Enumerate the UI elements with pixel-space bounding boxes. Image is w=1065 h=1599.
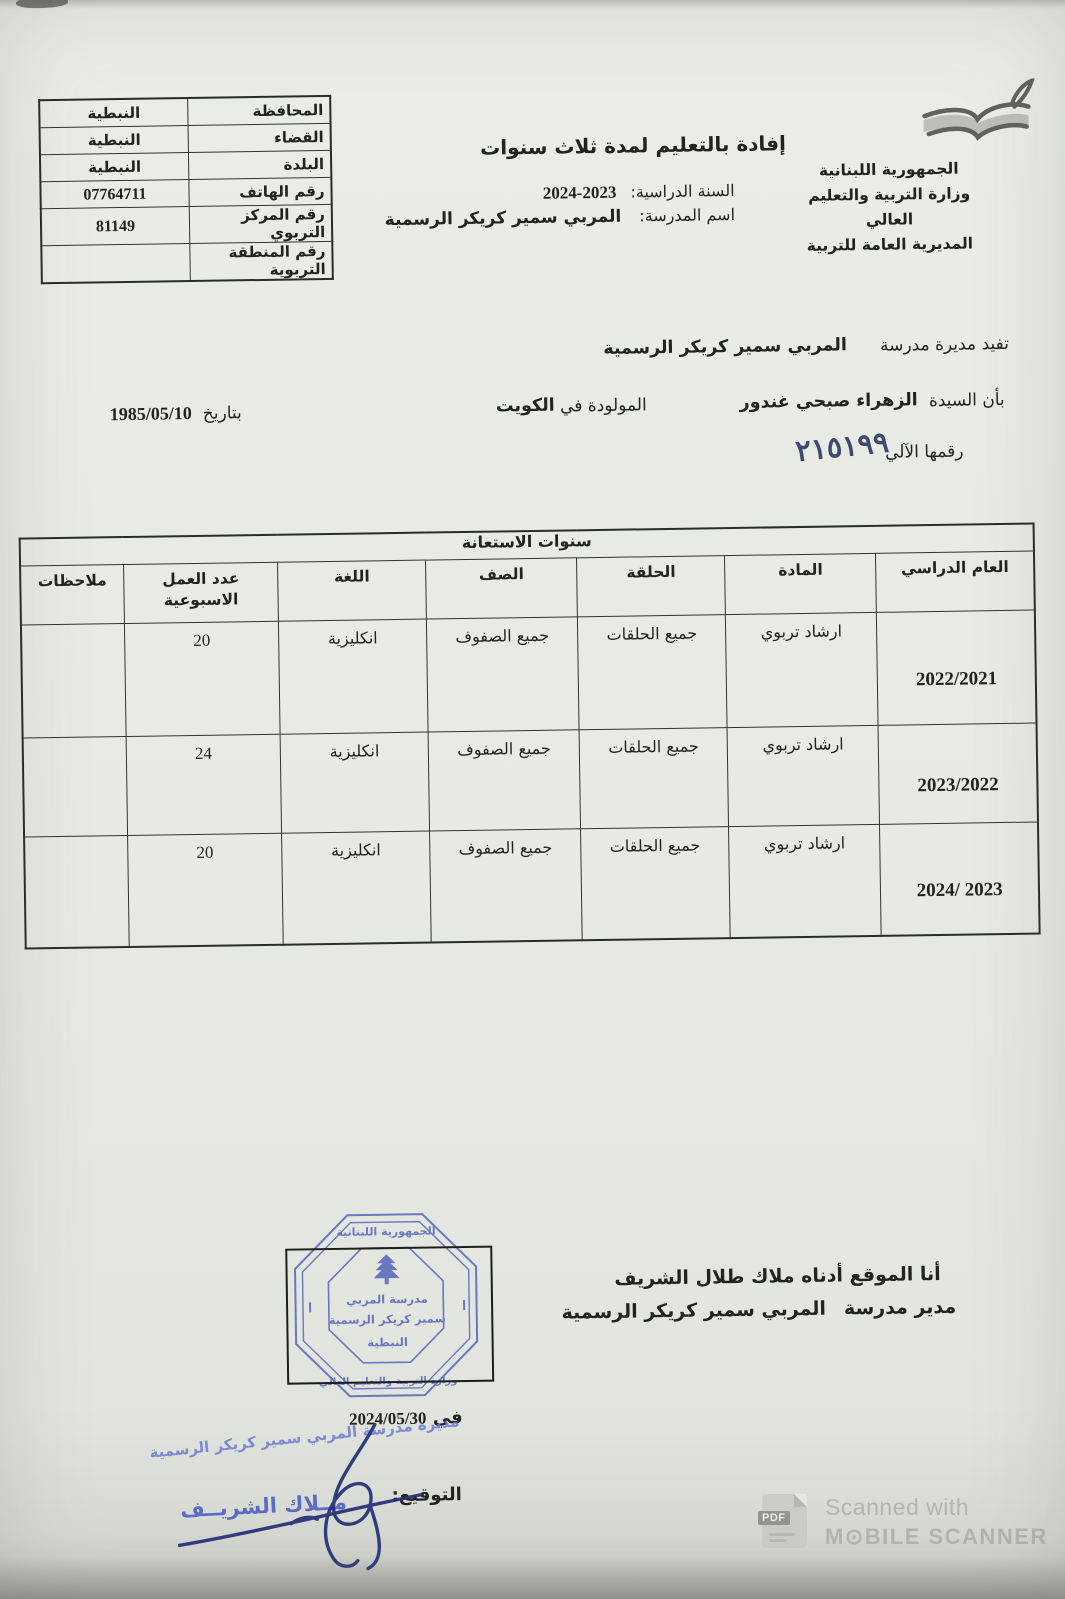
service-table-wrap: سنوات الاستعانة العام الدراسي المادة الح…: [19, 523, 1041, 950]
cell-hours: 20: [128, 833, 284, 947]
birth-date: 1985/05/10: [110, 403, 192, 425]
cell-language: انكليزية: [279, 619, 429, 734]
paper-sheet: المحافظة النبطية القضاء النبطية البلدة ا…: [0, 0, 1065, 1599]
school-year-label: السنة الدراسية:: [630, 181, 734, 202]
header-notes: ملاحظات: [20, 565, 124, 626]
cell-notes: [24, 836, 129, 949]
signature: [170, 1417, 447, 1576]
info-label-center-number: رقم المركز التربوي: [189, 204, 332, 243]
person-name: الزهراء صبحي غندور: [739, 390, 917, 413]
info-label-phone: رقم الهاتف: [189, 177, 332, 206]
document-title: إفادة بالتعليم لمدة ثلاث سنوات: [480, 131, 786, 160]
school-name-value: المربي سمير كريكر الرسمية: [385, 207, 622, 231]
info-value-center-number: 81149: [41, 207, 190, 246]
cell-grade: جميع الصفوف: [430, 829, 583, 943]
table-row: 2024/ 2023 ارشاد تربوي جميع الحلقات جميع…: [24, 822, 1040, 949]
cell-subject: ارشاد تربوي: [727, 725, 880, 826]
cell-hours: 20: [124, 621, 280, 736]
header-language: اللغة: [278, 560, 427, 621]
header-school-year: العام الدراسي: [876, 551, 1035, 612]
ministry-logo-icon: [915, 78, 1038, 154]
certify-label: تفيد مديرة مدرسة: [880, 334, 1009, 356]
cell-grade: جميع الصفوف: [427, 617, 580, 732]
header-cycle: الحلقة: [577, 556, 726, 617]
school-name-line: اسم المدرسة:المربي سمير كريكر الرسمية: [385, 205, 736, 230]
cell-notes: [23, 737, 128, 838]
cell-language: انكليزية: [282, 831, 432, 945]
scanned-document: المحافظة النبطية القضاء النبطية البلدة ا…: [0, 0, 1065, 1599]
directorate-line: المديرية العامة للتربية: [792, 231, 987, 259]
cell-cycle: جميع الحلقات: [581, 827, 731, 941]
auto-number-handwritten: ٢١٥١٩٩: [793, 425, 890, 469]
cell-grade: جميع الصفوف: [428, 730, 581, 831]
cell-cycle: جميع الحلقات: [578, 615, 728, 730]
info-label-town: البلدة: [188, 150, 331, 179]
info-row: البلدة النبطية: [40, 150, 331, 181]
cell-year: 2024/ 2023: [880, 822, 1040, 936]
pdf-badge: PDF: [758, 1511, 790, 1525]
stamp-frame-box: [285, 1246, 494, 1385]
info-value-town: النبطية: [40, 153, 189, 182]
cell-subject: ارشاد تربوي: [726, 612, 879, 727]
info-table: المحافظة النبطية القضاء النبطية البلدة ا…: [38, 95, 334, 284]
birth-place: الكويت: [496, 396, 555, 417]
info-row: رقم المنطقة التربوية: [41, 241, 333, 283]
born-in-label: المولودة في: [560, 395, 647, 416]
info-value-educational-zone: [41, 244, 190, 284]
cell-language: انكليزية: [280, 732, 429, 833]
info-row: رقم الهاتف 07764711: [40, 177, 331, 208]
cell-hours: 24: [126, 734, 282, 835]
cell-subject: ارشاد تربوي: [729, 824, 882, 938]
stamp-outer-top-text: الجمهورية اللبنانية: [336, 1224, 435, 1238]
cell-year: 2022/2021: [877, 610, 1037, 725]
header-subject: المادة: [725, 553, 877, 614]
ministry-line: وزارة التربية والتعليم العالي: [791, 181, 987, 234]
scanned-with-text: Scanned with: [825, 1494, 1048, 1521]
info-value-phone: 07764711: [40, 180, 189, 209]
on-date-label: بتاريخ: [203, 403, 242, 424]
info-row: رقم المركز التربوي 81149: [41, 204, 333, 245]
pdf-fold-corner: [794, 1494, 807, 1507]
table-row: 2023/2022 ارشاد تربوي جميع الحلقات جميع …: [23, 723, 1038, 837]
service-table: سنوات الاستعانة العام الدراسي المادة الح…: [19, 523, 1041, 950]
info-row: المحافظة النبطية: [39, 96, 330, 128]
info-value-district: النبطية: [40, 126, 189, 155]
header-weekly-hours: عدد العمل الاسبوعية: [124, 562, 279, 623]
info-value-governorate: النبطية: [39, 98, 188, 128]
info-label-governorate: المحافظة: [188, 96, 331, 126]
that-mrs-label: بأن السيدة: [929, 390, 1005, 411]
scanner-watermark: PDF Scanned with M⊙BILE SCANNER: [762, 1494, 1048, 1550]
scan-top-shadow: [0, 0, 1065, 9]
header-grade: الصف: [426, 558, 578, 619]
pdf-icon: PDF: [762, 1494, 807, 1548]
cell-cycle: جميع الحلقات: [579, 728, 728, 829]
cell-notes: [21, 624, 126, 739]
republic-line: الجمهورية اللبنانية: [791, 156, 986, 184]
certify-school-name: المربي سمير كريكر الرسمية: [603, 335, 847, 359]
cell-year: 2023/2022: [878, 723, 1038, 824]
school-name-label: اسم المدرسة:: [639, 205, 735, 225]
auto-number-label: رقمها الآلي: [885, 442, 964, 463]
ministry-header: الجمهورية اللبنانية وزارة التربية والتعل…: [791, 156, 987, 259]
scanner-name-text: M⊙BILE SCANNER: [825, 1524, 1048, 1550]
undersigned-line: أنا الموقع أدناه ملاك طلال الشريف: [614, 1263, 941, 1290]
table-row: 2022/2021 ارشاد تربوي جميع الحلقات جميع …: [21, 610, 1037, 738]
info-row: القضاء النبطية: [40, 123, 331, 154]
info-label-educational-zone: رقم المنطقة التربوية: [190, 241, 333, 281]
principal-line: مدير مدرسةالمربي سمير كريكر الرسمية: [561, 1296, 956, 1324]
principal-label: مدير مدرسة: [844, 1296, 957, 1320]
school-year-value: 2024-2023: [543, 183, 617, 203]
info-label-district: القضاء: [188, 123, 331, 152]
scan-bottom-shadow: [0, 1557, 1065, 1599]
principal-school: المربي سمير كريكر الرسمية: [561, 1298, 826, 1324]
school-year-line: السنة الدراسية:2024-2023: [543, 181, 735, 204]
